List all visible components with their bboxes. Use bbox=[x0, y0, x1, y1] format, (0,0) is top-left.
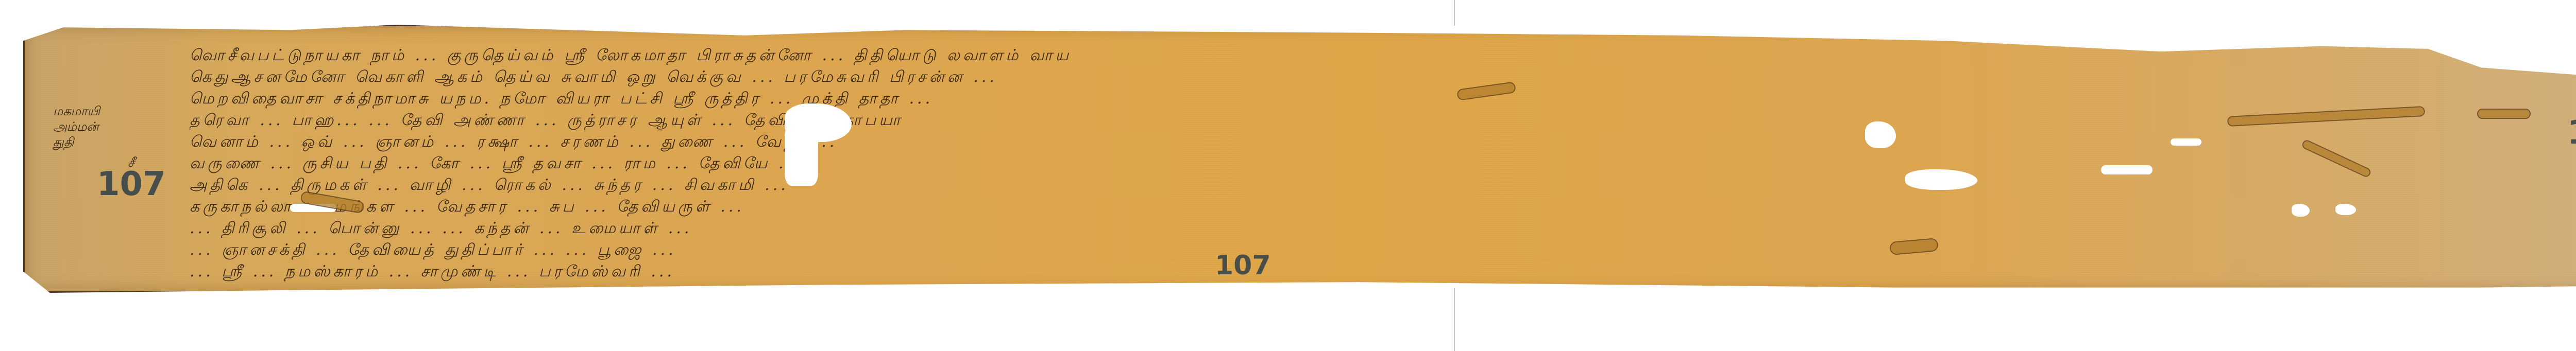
damage-hole bbox=[1905, 169, 1977, 190]
folio-mark-left: 107 bbox=[97, 165, 166, 203]
damage-hole bbox=[2335, 204, 2356, 215]
text-line: தரெவா ... பாஹ... ... தேவி அண்ணா ... ருத்… bbox=[190, 110, 2560, 131]
text-line: மெறவிதைவாசா சக்திநாமாசு யநம. நமோ வியரா ப… bbox=[190, 88, 2560, 110]
background-fold-line bbox=[1454, 0, 1455, 26]
text-line: வெனாம் ... ஒவ் ... ஞானம் ... ரக்ஷா ... ச… bbox=[190, 131, 2560, 153]
damage-hole bbox=[2171, 138, 2201, 146]
margin-note-line: அம்மன் bbox=[53, 119, 100, 134]
text-line: வொசீவபட்டுநாயகா நாம் ... குருதெய்வம் ஸ்ர… bbox=[190, 45, 2560, 66]
palm-leaf: மகமாயி அம்மன் துதி சீ 107 107 107 வொசீவப… bbox=[23, 25, 2576, 293]
margin-note-line: மகமாயி bbox=[53, 103, 100, 119]
damage-hole bbox=[2101, 165, 2153, 174]
worm-track bbox=[2477, 109, 2531, 119]
text-line: கருகாநல்லா ... மங்கள ... வேதசார ... சுப … bbox=[190, 196, 2560, 218]
margin-note-line: துதி bbox=[53, 134, 100, 150]
damage-hole bbox=[785, 124, 818, 186]
text-line: கெதுஆசனமேனோ வெகாளி ஆகம் தெய்வ சுவாமி ஒறு… bbox=[190, 66, 2560, 88]
folio-mark-right: 107 bbox=[2567, 114, 2576, 152]
margin-note: மகமாயி அம்மன் துதி bbox=[53, 103, 100, 150]
text-line: ... ஞானசக்தி ... தேவியைத் துதிப்பார் ...… bbox=[190, 239, 2560, 261]
text-line: ... திரிசூலி ... பொன்னு ... ... கந்தன் .… bbox=[190, 218, 2560, 239]
background-fold-line bbox=[1454, 288, 1455, 351]
text-line: வருணை ... ருசிய பதி ... கோ ... ஸ்ரீ தவசா… bbox=[190, 153, 2560, 174]
manuscript-text: வொசீவபட்டுநாயகா நாம் ... குருதெய்வம் ஸ்ர… bbox=[190, 45, 2560, 283]
text-line: ... ஸ்ரீ ... நமஸ்காரம் ... சாமுண்டி ... … bbox=[190, 261, 2560, 283]
text-line: அதிகெ ... திருமகள் ... வாழி ... ரொகல் ..… bbox=[190, 174, 2560, 196]
damage-hole bbox=[2292, 204, 2310, 217]
